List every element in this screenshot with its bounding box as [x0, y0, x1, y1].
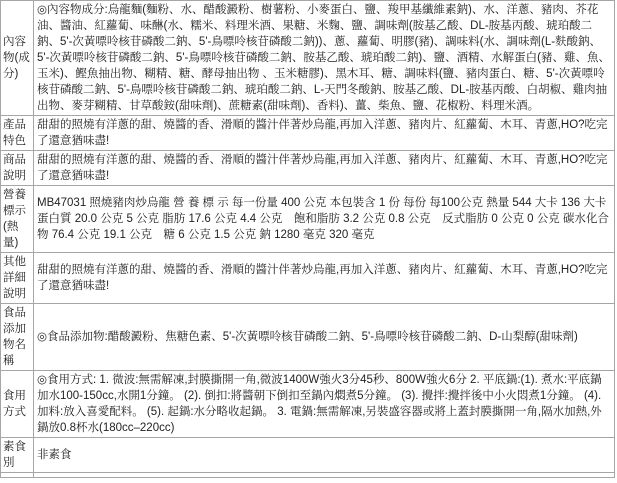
row-content: 甜甜的照燒有洋蔥的甜、燒醬的香、滑順的醬汁伴著炒烏龍,再加入洋蔥、豬肉片、紅蘿蔔…	[34, 151, 615, 186]
product-info-table-body: 內容物(成分)◎內容物成分:烏龍麵(麵粉、水、醋酸澱粉、樹薯粉、小麥蛋白、鹽、羧…	[1, 1, 615, 478]
table-row: 營養標示(熱量)MB47031 照燒豬肉炒烏龍 營 養 標 示 每一份量 400…	[1, 186, 615, 253]
table-row: 產品特色甜甜的照燒有洋蔥的甜、燒醬的香、滑順的醬汁伴著炒烏龍,再加入洋蔥、豬肉片…	[1, 116, 615, 151]
row-content: 甜甜的照燒有洋蔥的甜、燒醬的香、滑順的醬汁伴著炒烏龍,再加入洋蔥、豬肉片、紅蘿蔔…	[34, 253, 615, 304]
row-content	[34, 473, 615, 478]
row-label: 食品添加物名稱	[1, 304, 34, 371]
row-label: 產品特色	[1, 116, 34, 151]
row-content: ◎內容物成分:烏龍麵(麵粉、水、醋酸澱粉、樹薯粉、小麥蛋白、鹽、羧甲基纖維素鈉)…	[34, 1, 615, 116]
row-label: 其他詳細說明	[1, 253, 34, 304]
table-row-partial	[1, 473, 615, 478]
row-label: 營養標示(熱量)	[1, 186, 34, 253]
table-row: 其他詳細說明甜甜的照燒有洋蔥的甜、燒醬的香、滑順的醬汁伴著炒烏龍,再加入洋蔥、豬…	[1, 253, 615, 304]
row-content: MB47031 照燒豬肉炒烏龍 營 養 標 示 每一份量 400 公克 本包裝含…	[34, 186, 615, 253]
table-row: 商品說明甜甜的照燒有洋蔥的甜、燒醬的香、滑順的醬汁伴著炒烏龍,再加入洋蔥、豬肉片…	[1, 151, 615, 186]
row-content: 非素食	[34, 438, 615, 473]
table-row: 食用方式◎食用方式: 1. 微波:無需解凍,封膜撕開一角,微波1400W強火3分…	[1, 371, 615, 438]
row-label: 素食別	[1, 438, 34, 473]
row-label: 食用方式	[1, 371, 34, 438]
table-row: 食品添加物名稱◎食品添加物:醋酸澱粉、焦糖色素、5'-次黃嘌呤核苷磷酸二鈉、5'…	[1, 304, 615, 371]
row-content: ◎食品添加物:醋酸澱粉、焦糖色素、5'-次黃嘌呤核苷磷酸二鈉、5'-鳥嘌呤核苷磷…	[34, 304, 615, 371]
product-detail-page: 內容物(成分)◎內容物成分:烏龍麵(麵粉、水、醋酸澱粉、樹薯粉、小麥蛋白、鹽、羧…	[0, 0, 617, 483]
table-row: 素食別非素食	[1, 438, 615, 473]
row-content: 甜甜的照燒有洋蔥的甜、燒醬的香、滑順的醬汁伴著炒烏龍,再加入洋蔥、豬肉片、紅蘿蔔…	[34, 116, 615, 151]
row-content: ◎食用方式: 1. 微波:無需解凍,封膜撕開一角,微波1400W強火3分45秒、…	[34, 371, 615, 438]
table-row: 內容物(成分)◎內容物成分:烏龍麵(麵粉、水、醋酸澱粉、樹薯粉、小麥蛋白、鹽、羧…	[1, 1, 615, 116]
row-label	[1, 473, 34, 478]
product-info-table: 內容物(成分)◎內容物成分:烏龍麵(麵粉、水、醋酸澱粉、樹薯粉、小麥蛋白、鹽、羧…	[0, 0, 615, 478]
row-label: 商品說明	[1, 151, 34, 186]
row-label: 內容物(成分)	[1, 1, 34, 116]
